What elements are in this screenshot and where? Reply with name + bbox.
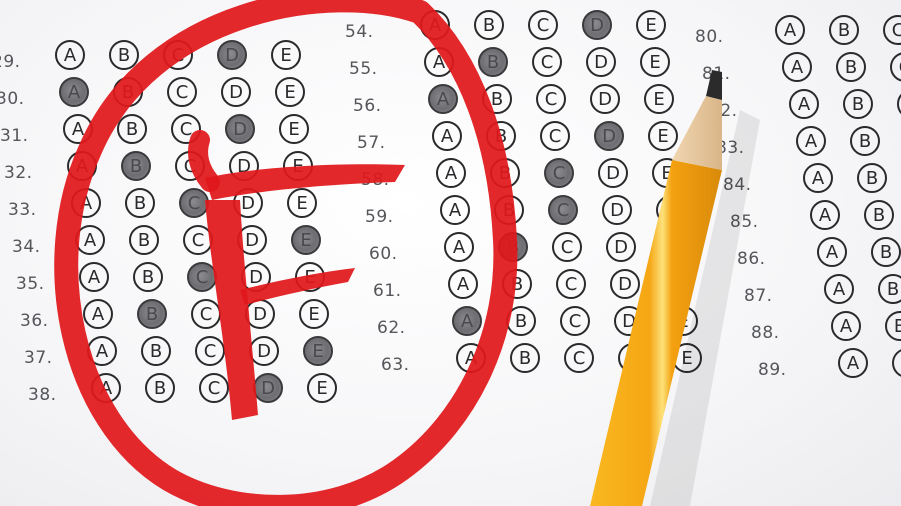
answer-bubble-e: E — [640, 47, 670, 77]
answer-bubble-d: D — [602, 195, 632, 225]
answer-bubble-d: D — [606, 232, 636, 262]
answer-bubble-e: E — [295, 262, 325, 292]
answer-bubble-b: B — [871, 237, 901, 267]
question-number: 58. — [361, 170, 390, 190]
answer-bubble-e: E — [664, 269, 694, 299]
question-number: 56. — [353, 96, 382, 116]
answer-bubble-e: E — [283, 151, 313, 181]
answer-sheet-photo: 29.ABCDE30.ABCDE31.ABCDE32.ABCDE33.ABCDE… — [0, 0, 901, 506]
answer-bubble-e: E — [275, 77, 305, 107]
answer-bubble-a: A — [55, 40, 85, 70]
answer-bubble-b: B — [836, 52, 866, 82]
answer-bubble-a: A — [824, 274, 854, 304]
answer-bubble-d: D — [225, 114, 255, 144]
answer-bubble-d: D — [217, 40, 247, 70]
answer-bubble-d: D — [221, 77, 251, 107]
answer-bubble-a: A — [796, 126, 826, 156]
answer-bubble-c: C — [175, 151, 205, 181]
answer-bubble-e: E — [656, 195, 686, 225]
answer-bubble-d: D — [618, 343, 648, 373]
answer-bubble-a: A — [79, 262, 109, 292]
answer-bubble-e: E — [668, 306, 698, 336]
answer-bubble-a: A — [420, 10, 450, 40]
answer-bubble-e: E — [279, 114, 309, 144]
question-number: 86. — [737, 249, 766, 269]
answer-bubble-a: A — [91, 373, 121, 403]
answer-bubble-b: B — [145, 373, 175, 403]
answer-bubble-b: B — [137, 299, 167, 329]
answer-bubble-e: E — [287, 188, 317, 218]
question-number: 83. — [716, 138, 745, 158]
question-number: 80. — [695, 27, 724, 47]
answer-bubble-b: B — [109, 40, 139, 70]
answer-bubble-a: A — [436, 158, 466, 188]
answer-bubble-e: E — [660, 232, 690, 262]
answer-bubble-c: C — [540, 121, 570, 151]
question-number: 60. — [369, 244, 398, 264]
answer-bubble-c: C — [195, 336, 225, 366]
answer-bubble-a: A — [452, 306, 482, 336]
answer-bubble-d: D — [582, 10, 612, 40]
answer-bubble-b: B — [498, 232, 528, 262]
answer-bubble-a: A — [817, 237, 847, 267]
answer-bubble-b: B — [864, 200, 894, 230]
question-number: 59. — [365, 207, 394, 227]
answer-bubble-b: B — [133, 262, 163, 292]
answer-bubble-a: A — [440, 195, 470, 225]
question-number: 87. — [744, 286, 773, 306]
answer-bubble-d: D — [245, 299, 275, 329]
question-number: 89. — [758, 360, 787, 380]
answer-bubble-b: B — [878, 274, 901, 304]
answer-bubble-b: B — [121, 151, 151, 181]
answer-bubble-c: C — [532, 47, 562, 77]
answer-bubble-a: A — [838, 348, 868, 378]
answer-bubble-b: B — [129, 225, 159, 255]
answer-bubble-b: B — [486, 121, 516, 151]
question-number: 33. — [8, 200, 37, 220]
answer-bubble-d: D — [614, 306, 644, 336]
answer-bubble-c: C — [556, 269, 586, 299]
answer-bubble-a: A — [782, 52, 812, 82]
answer-bubble-a: A — [71, 188, 101, 218]
answer-bubble-c: C — [187, 262, 217, 292]
question-number: 63. — [381, 355, 410, 375]
answer-bubble-a: A — [775, 15, 805, 45]
question-number: 32. — [4, 163, 33, 183]
answer-bubble-d: D — [229, 151, 259, 181]
answer-bubble-c: C — [191, 299, 221, 329]
question-number: 57. — [357, 133, 386, 153]
answer-bubble-a: A — [432, 121, 462, 151]
answer-bubble-b: B — [892, 348, 901, 378]
answer-bubble-b: B — [885, 311, 901, 341]
answer-bubble-c: C — [560, 306, 590, 336]
answer-bubble-e: E — [299, 299, 329, 329]
answer-bubble-a: A — [59, 77, 89, 107]
answer-bubble-b: B — [474, 10, 504, 40]
answer-bubble-a: A — [448, 269, 478, 299]
question-number: 36. — [20, 311, 49, 331]
answer-bubble-d: D — [590, 84, 620, 114]
answer-bubble-a: A — [810, 200, 840, 230]
answer-bubble-b: B — [478, 47, 508, 77]
answer-bubble-c: C — [544, 158, 574, 188]
question-number: 81. — [702, 64, 731, 84]
question-number: 35. — [16, 274, 45, 294]
answer-bubble-b: B — [113, 77, 143, 107]
answer-bubble-e: E — [644, 84, 674, 114]
answer-bubble-c: C — [536, 84, 566, 114]
question-number: 88. — [751, 323, 780, 343]
question-number: 31. — [0, 126, 29, 146]
answer-bubble-e: E — [307, 373, 337, 403]
answer-bubble-c: C — [548, 195, 578, 225]
answer-bubble-c: C — [897, 89, 901, 119]
answer-bubble-c: C — [199, 373, 229, 403]
answer-bubble-b: B — [843, 89, 873, 119]
answer-bubble-b: B — [857, 163, 887, 193]
answer-bubble-c: C — [883, 15, 901, 45]
bubble-sheet: 29.ABCDE30.ABCDE31.ABCDE32.ABCDE33.ABCDE… — [0, 0, 901, 506]
answer-bubble-e: E — [271, 40, 301, 70]
answer-bubble-d: D — [598, 158, 628, 188]
answer-bubble-c: C — [552, 232, 582, 262]
question-number: 82. — [709, 101, 738, 121]
answer-bubble-e: E — [648, 121, 678, 151]
answer-bubble-d: D — [233, 188, 263, 218]
answer-bubble-a: A — [831, 311, 861, 341]
answer-bubble-b: B — [117, 114, 147, 144]
answer-bubble-b: B — [510, 343, 540, 373]
answer-bubble-b: B — [502, 269, 532, 299]
answer-bubble-e: E — [636, 10, 666, 40]
answer-bubble-c: C — [171, 114, 201, 144]
answer-bubble-b: B — [490, 158, 520, 188]
answer-bubble-d: D — [241, 262, 271, 292]
answer-bubble-a: A — [428, 84, 458, 114]
answer-bubble-b: B — [850, 126, 880, 156]
answer-bubble-d: D — [249, 336, 279, 366]
answer-bubble-d: D — [610, 269, 640, 299]
answer-bubble-b: B — [829, 15, 859, 45]
answer-bubble-d: D — [594, 121, 624, 151]
answer-bubble-c: C — [564, 343, 594, 373]
answer-bubble-a: A — [424, 47, 454, 77]
question-number: 29. — [0, 52, 21, 72]
question-number: 34. — [12, 237, 41, 257]
answer-bubble-c: C — [890, 52, 901, 82]
question-number: 61. — [373, 281, 402, 301]
answer-bubble-a: A — [803, 163, 833, 193]
answer-bubble-b: B — [494, 195, 524, 225]
answer-bubble-c: C — [167, 77, 197, 107]
answer-bubble-b: B — [141, 336, 171, 366]
answer-bubble-b: B — [482, 84, 512, 114]
answer-bubble-a: A — [87, 336, 117, 366]
question-number: 85. — [730, 212, 759, 232]
answer-bubble-c: C — [163, 40, 193, 70]
answer-bubble-c: C — [179, 188, 209, 218]
answer-bubble-a: A — [456, 343, 486, 373]
answer-bubble-d: D — [237, 225, 267, 255]
answer-bubble-d: D — [253, 373, 283, 403]
answer-bubble-a: A — [83, 299, 113, 329]
answer-bubble-e: E — [672, 343, 702, 373]
answer-bubble-b: B — [125, 188, 155, 218]
answer-bubble-a: A — [789, 89, 819, 119]
question-number: 38. — [28, 385, 57, 405]
answer-bubble-c: C — [528, 10, 558, 40]
answer-bubble-e: E — [303, 336, 333, 366]
question-number: 54. — [345, 22, 374, 42]
question-number: 55. — [349, 59, 378, 79]
answer-bubble-d: D — [586, 47, 616, 77]
answer-bubble-a: A — [444, 232, 474, 262]
question-number: 62. — [377, 318, 406, 338]
question-number: 37. — [24, 348, 53, 368]
answer-bubble-e: E — [291, 225, 321, 255]
question-number: 84. — [723, 175, 752, 195]
question-number: 30. — [0, 89, 25, 109]
answer-bubble-e: E — [652, 158, 682, 188]
answer-bubble-a: A — [75, 225, 105, 255]
answer-bubble-a: A — [63, 114, 93, 144]
answer-bubble-c: C — [183, 225, 213, 255]
answer-bubble-a: A — [67, 151, 97, 181]
answer-bubble-b: B — [506, 306, 536, 336]
